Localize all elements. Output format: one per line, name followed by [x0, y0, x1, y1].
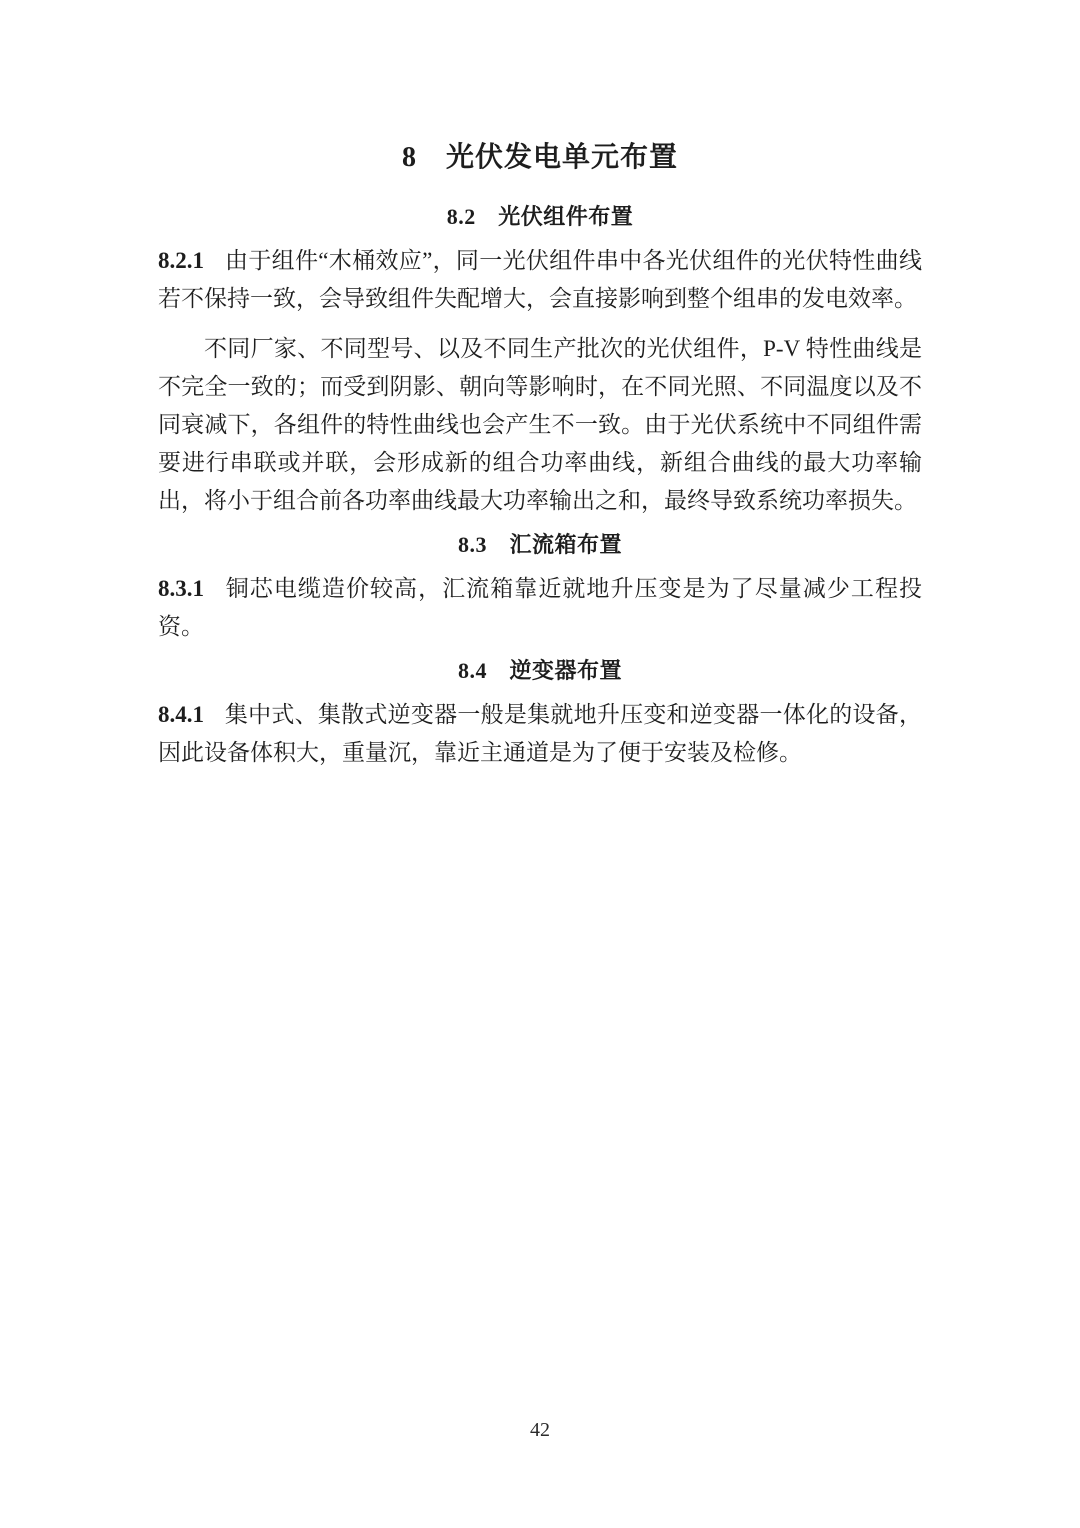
paragraph-number: 8.4.1 — [158, 702, 204, 727]
paragraph-8-4-1: 8.4.1集中式、集散式逆变器一般是集就地升压变和逆变器一体化的设备，因此设备体… — [158, 696, 922, 772]
paragraph-number: 8.3.1 — [158, 576, 204, 601]
paragraph-text: 不同厂家、不同型号、以及不同生产批次的光伏组件，P-V 特性曲线是不完全一致的；… — [158, 336, 922, 513]
section-heading-8-4: 8.4 逆变器布置 — [158, 656, 922, 686]
page-content: 8 光伏发电单元布置 8.2 光伏组件布置 8.2.1由于组件“木桶效应”，同一… — [158, 140, 922, 772]
paragraph-8-2-continuation: 不同厂家、不同型号、以及不同生产批次的光伏组件，P-V 特性曲线是不完全一致的；… — [158, 330, 922, 520]
paragraph-number: 8.2.1 — [158, 248, 204, 273]
section-heading-8-2: 8.2 光伏组件布置 — [158, 202, 922, 232]
section-heading-8-3: 8.3 汇流箱布置 — [158, 530, 922, 560]
chapter-title: 8 光伏发电单元布置 — [158, 140, 922, 176]
paragraph-text: 集中式、集散式逆变器一般是集就地升压变和逆变器一体化的设备，因此设备体积大，重量… — [158, 702, 922, 765]
paragraph-text: 由于组件“木桶效应”，同一光伏组件串中各光伏组件的光伏特性曲线若不保持一致，会导… — [158, 248, 922, 311]
paragraph-8-3-1: 8.3.1铜芯电缆造价较高，汇流箱靠近就地升压变是为了尽量减少工程投资。 — [158, 570, 922, 646]
document-page: 8 光伏发电单元布置 8.2 光伏组件布置 8.2.1由于组件“木桶效应”，同一… — [0, 0, 1080, 1528]
paragraph-8-2-1: 8.2.1由于组件“木桶效应”，同一光伏组件串中各光伏组件的光伏特性曲线若不保持… — [158, 242, 922, 318]
paragraph-text: 铜芯电缆造价较高，汇流箱靠近就地升压变是为了尽量减少工程投资。 — [158, 576, 922, 639]
page-number: 42 — [0, 1418, 1080, 1442]
